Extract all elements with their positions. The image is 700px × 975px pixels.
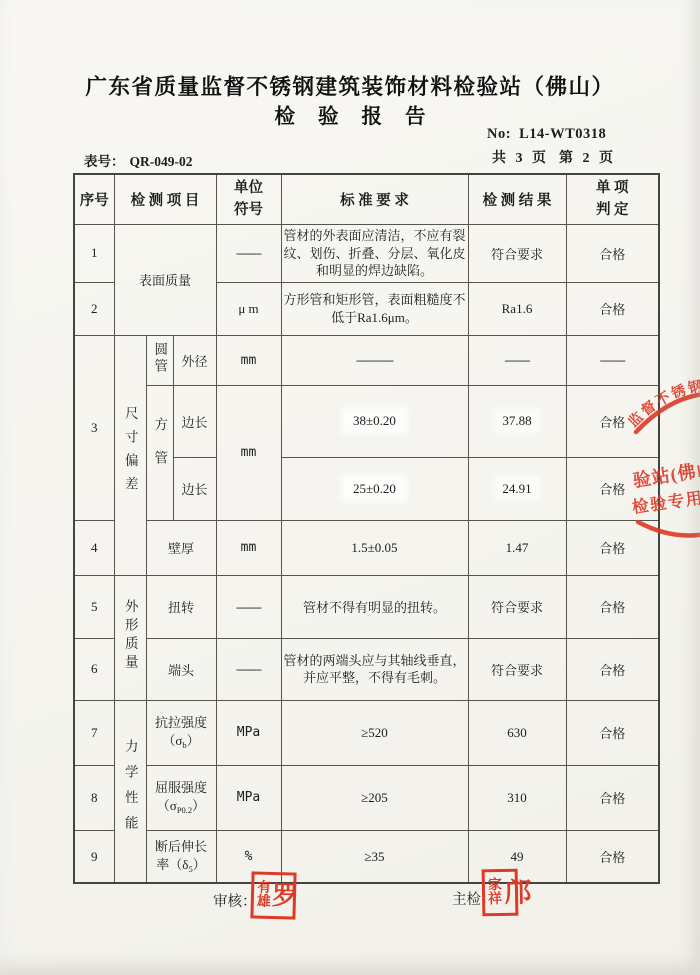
result-cell: 37.88 — [468, 385, 566, 457]
seq-cell: 9 — [74, 830, 114, 883]
seq-cell: 8 — [74, 765, 114, 830]
standard-cell: 1.5±0.05 — [281, 520, 468, 575]
standard-cell: 管材的外表面应清洁，不应有裂纹、划伤、折叠、分层、氧化皮和明显的焊边缺陷。 — [281, 224, 468, 282]
item-cell: 断后伸长 率（δ5） — [146, 830, 216, 883]
reviewer-stamp-left: 有 雄 — [254, 879, 272, 911]
item-cell: 边长 — [173, 385, 216, 457]
header-judge: 单 项 判 定 — [566, 174, 659, 224]
table-row: 方管 边长 mm 38±0.20 37.88 合格 — [74, 385, 659, 457]
item-cell: 抗拉强度 （σb） — [146, 700, 216, 765]
form-number-label: 表号： — [84, 154, 125, 169]
group-shape-quality: 外形质量 — [114, 575, 146, 700]
table-header-row: 序号 检 测 项 目 单位 符号 标 准 要 求 检 测 结 果 单 项 判 定 — [74, 174, 659, 224]
item-cell: 端头 — [146, 638, 216, 700]
chief-stamp-surname: 邝 — [505, 879, 532, 906]
seal-line1: 验站(佛山 — [631, 457, 700, 492]
unit-cell: MPa — [216, 765, 281, 830]
group-square-pipe: 方管 — [146, 385, 173, 520]
unit-cell: —— — [216, 575, 281, 638]
unit-cell: —— — [216, 224, 281, 282]
table-row: 6 端头 —— 管材的两端头应与其轴线垂直，并应平整，不得有毛刺。 符合要求 合… — [74, 638, 659, 700]
standard-cell: 管材的两端头应与其轴线垂直，并应平整，不得有毛刺。 — [281, 638, 468, 700]
header-unit: 单位 符号 — [216, 174, 281, 224]
svg-text:监督不锈钢: 监督不锈钢 — [625, 377, 700, 431]
standard-cell: ——— — [281, 335, 468, 385]
result-cell: 1.47 — [468, 520, 566, 575]
header-standard: 标 准 要 求 — [281, 174, 468, 224]
unit-cell: mm — [216, 385, 281, 520]
table-row: 9 断后伸长 率（δ5） % ≥35 49 合格 — [74, 830, 659, 883]
item-cell: 壁厚 — [146, 520, 216, 575]
report-number-label: No: — [487, 126, 511, 142]
seq-cell: 1 — [74, 224, 114, 282]
report-title: 检验报告 — [0, 99, 700, 129]
unit-cell: —— — [216, 638, 281, 700]
result-cell: 310 — [468, 765, 566, 830]
station-title: 广东省质量监督不锈钢建筑装饰材料检验站（佛山） — [0, 70, 700, 101]
unit-cell: μ m — [216, 282, 281, 335]
report-number: No:L14-WT0318 — [487, 126, 606, 143]
chief-stamp-left: 家 祥 — [485, 876, 503, 908]
pagination: 共 3 页第 2 页 — [492, 147, 616, 167]
report-number-value: L14-WT0318 — [519, 126, 606, 142]
standard-cell: ≥205 — [281, 765, 468, 830]
item-cell: 边长 — [173, 457, 216, 520]
seq-cell: 7 — [74, 700, 114, 765]
result-cell: Ra1.6 — [468, 282, 566, 335]
judge-cell: 合格 — [566, 224, 659, 282]
item-cell: 屈服强度 （σP0.2） — [146, 765, 216, 830]
table-row: 7 力学性能 抗拉强度 （σb） MPa ≥520 630 合格 — [74, 700, 659, 765]
result-cell: 630 — [468, 700, 566, 765]
judge-cell: 合格 — [566, 575, 659, 638]
form-number: 表号：QR-049-02 — [84, 150, 193, 170]
unit-cell: MPa — [216, 700, 281, 765]
result-cell: 符合要求 — [468, 224, 566, 282]
pages-total: 共 3 页 — [492, 151, 549, 166]
item-cell: 扭转 — [146, 575, 216, 638]
unit-cell: mm — [216, 335, 281, 385]
standard-cell: 38±0.20 — [281, 385, 468, 457]
header-seq: 序号 — [74, 174, 114, 224]
header-item: 检 测 项 目 — [114, 174, 216, 224]
seq-cell: 6 — [74, 638, 114, 700]
group-round-pipe: 圆管 — [146, 335, 173, 385]
unit-cell: mm — [216, 520, 281, 575]
group-mechanical: 力学性能 — [114, 700, 146, 883]
result-cell: 24.91 — [468, 457, 566, 520]
result-cell: 符合要求 — [468, 638, 566, 700]
group-dimension-deviation: 尺寸偏差 — [114, 335, 146, 575]
standard-cell: 管材不得有明显的扭转。 — [281, 575, 468, 638]
reviewer-stamp: 有 雄 罗 — [250, 871, 296, 919]
standard-cell: 方形管和矩形管，表面粗糙度不低于Ra1.6μm。 — [281, 282, 468, 335]
inspection-report-page: 广东省质量监督不锈钢建筑装饰材料检验站（佛山） 检验报告 No:L14-WT03… — [0, 0, 700, 975]
judge-cell: 合格 — [566, 765, 659, 830]
official-round-seal: 监督不锈钢 验站(佛山 检验专用章 — [628, 378, 700, 538]
form-number-value: QR-049-02 — [130, 154, 193, 169]
table-row: 8 屈服强度 （σP0.2） MPa ≥205 310 合格 — [74, 765, 659, 830]
standard-cell: ≥35 — [281, 830, 468, 883]
reviewer-stamp-surname: 罗 — [272, 882, 299, 909]
table-row: 3 尺寸偏差 圆管 外径 mm ——— —— —— — [74, 335, 659, 385]
standard-cell: 25±0.20 — [281, 457, 468, 520]
seq-cell: 2 — [74, 282, 114, 335]
seq-cell: 5 — [74, 575, 114, 638]
seq-cell: 4 — [74, 520, 114, 575]
table-row: 5 外形质量 扭转 —— 管材不得有明显的扭转。 符合要求 合格 — [74, 575, 659, 638]
inspection-table: 序号 检 测 项 目 单位 符号 标 准 要 求 检 测 结 果 单 项 判 定… — [73, 173, 660, 884]
seal-arc-text: 监督不锈钢 — [625, 377, 700, 431]
table-row: 1 表面质量 —— 管材的外表面应清洁，不应有裂纹、划伤、折叠、分层、氧化皮和明… — [74, 224, 659, 282]
seq-cell: 3 — [74, 335, 114, 520]
judge-cell: 合格 — [566, 638, 659, 700]
page-current: 第 2 页 — [559, 151, 616, 166]
judge-cell: 合格 — [566, 700, 659, 765]
judge-cell: 合格 — [566, 282, 659, 335]
standard-cell: ≥520 — [281, 700, 468, 765]
group-surface-quality: 表面质量 — [114, 224, 216, 335]
result-cell: —— — [468, 335, 566, 385]
header-result: 检 测 结 果 — [468, 174, 566, 224]
judge-cell: 合格 — [566, 830, 659, 883]
table-row: 4 壁厚 mm 1.5±0.05 1.47 合格 — [74, 520, 659, 575]
item-cell: 外径 — [173, 335, 216, 385]
result-cell: 符合要求 — [468, 575, 566, 638]
chief-inspector-stamp: 家 祥 邝 — [482, 869, 519, 917]
